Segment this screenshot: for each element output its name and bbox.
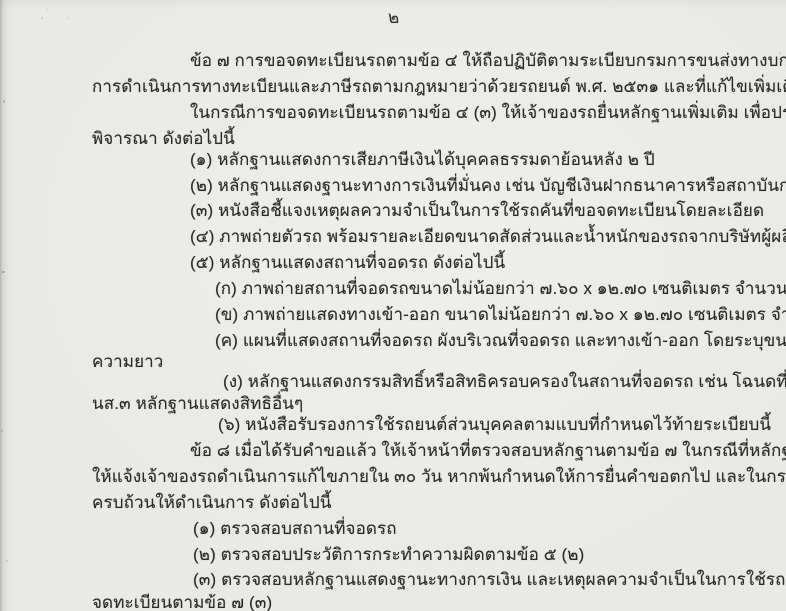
parking-sub-item-ข: (ข) ภาพถ่ายแสดงทางเข้า-ออก ขนาดไม่น้อยกว…	[215, 304, 786, 326]
clause7-item-3: (๓) หนังสือชี้แจงเหตุผลความจำเป็นในการใช…	[190, 200, 764, 222]
parking-sub-item-ง-line-2: นส.๓ หลักฐานแสดงสิทธิอื่นๆ	[92, 393, 303, 415]
clause8-opening-line-2: ให้แจ้งเจ้าของรถดำเนินการแก้ไขภายใน ๓๐ ว…	[92, 466, 786, 488]
clause7-intro-line-2: พิจารณา ดังต่อไปนี้	[92, 128, 235, 150]
clause7-item-4: (๔) ภาพถ่ายตัวรถ พร้อมรายละเอียดขนาดสัดส…	[190, 226, 786, 248]
parking-sub-item-ค-line-1: (ค) แผนที่แสดงสถานที่จอดรถ ผังบริเวณที่จ…	[215, 330, 786, 352]
page-number: ๒	[388, 4, 399, 31]
clause8-opening-line-1: ข้อ ๘ เมื่อได้รับคำขอแล้ว ให้เจ้าหน้าที่…	[190, 440, 786, 462]
parking-sub-item-ค-line-2: ความยาว	[92, 351, 163, 373]
scanned-document-page: ﹐˙ ˒ ๒ ข้อ ๗ การขอจดทะเบียนรถตามข้อ ๔ ให…	[0, 0, 786, 611]
scan-noise-speck	[6, 560, 8, 562]
clause7-opening-line-2: การดำเนินการทางทะเบียนและภาษีรถตามกฎหมาย…	[92, 76, 786, 98]
clause8-item-3-line-2: จดทะเบียนตามข้อ ๗ (๓)	[92, 592, 272, 611]
pencil-smudge-mark: ˒	[65, 11, 71, 24]
scan-noise-speck	[1, 430, 3, 432]
scan-noise-speck	[2, 271, 5, 273]
clause7-intro-line-1: ในกรณีการขอจดทะเบียนรถตามข้อ ๔ (๓) ให้เจ…	[190, 102, 786, 124]
clause7-opening-line-1: ข้อ ๗ การขอจดทะเบียนรถตามข้อ ๔ ให้ถือปฏิ…	[190, 50, 786, 72]
clause8-item-2: (๒) ตรวจสอบประวัติการกระทำความผิดตามข้อ …	[193, 544, 584, 566]
clause7-item-2: (๒) หลักฐานแสดงฐานะทางการเงินที่มั่นคง เ…	[190, 175, 786, 197]
clause7-item-6: (๖) หนังสือรับรองการใช้รถยนต์ส่วนบุคคลตา…	[218, 414, 771, 436]
pencil-smudge-mark: ﹐˙	[35, 5, 52, 23]
clause7-item-5: (๕) หลักฐานแสดงสถานที่จอดรถ ดังต่อไปนี้	[190, 252, 505, 274]
clause8-item-3-line-1: (๓) ตรวจสอบหลักฐานแสดงฐานะทางการเงิน และ…	[193, 569, 786, 591]
parking-sub-item-ก: (ก) ภาพถ่ายสถานที่จอดรถขนาดไม่น้อยกว่า ๗…	[215, 278, 786, 300]
scan-noise-speck	[3, 100, 5, 103]
clause7-item-1: (๑) หลักฐานแสดงการเสียภาษีเงินได้บุคคลธร…	[190, 149, 655, 171]
clause8-opening-line-3: ครบถ้วนให้ดำเนินการ ดังต่อไปนี้	[92, 492, 331, 514]
clause8-item-1: (๑) ตรวจสอบสถานที่จอดรถ	[193, 518, 397, 540]
parking-sub-item-ง-line-1: (ง) หลักฐานแสดงกรรมสิทธิ์หรือสิทธิครอบคร…	[223, 371, 786, 393]
